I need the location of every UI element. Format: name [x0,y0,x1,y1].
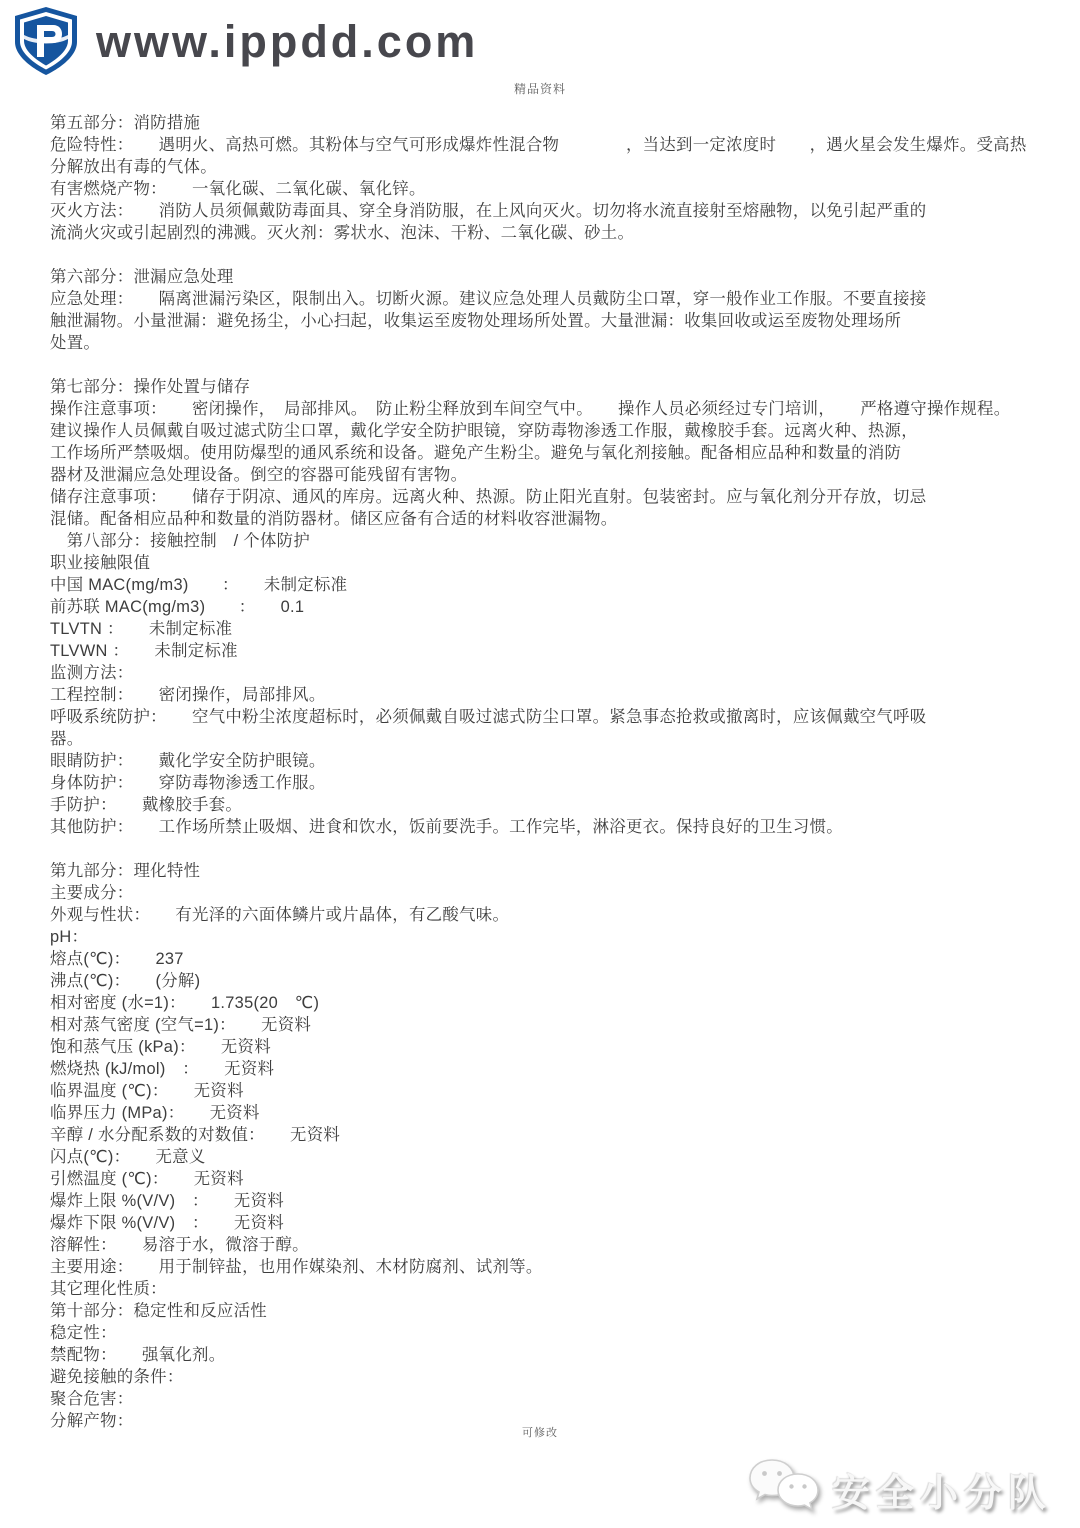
doc-line: 混储。配备相应品种和数量的消防器材。储区应备有合适的材料收容泄漏物。 [50,508,1050,530]
doc-line: 第六部分：泄漏应急处理 [50,266,1050,288]
doc-line: 第五部分：消防措施 [50,112,1050,134]
doc-line: 熔点(℃)： 237 [50,948,1050,970]
doc-line: 工程控制： 密闭操作，局部排风。 [50,684,1050,706]
doc-section: 第五部分：消防措施危险特性： 遇明火、高热可燃。其粉体与空气可形成爆炸性混合物 … [50,112,1050,244]
doc-section: 第十部分：稳定性和反应活性稳定性：禁配物： 强氧化剂。避免接触的条件：聚合危害：… [50,1300,1050,1432]
doc-line: 呼吸系统防护： 空气中粉尘浓度超标时，必须佩戴自吸过滤式防尘口罩。紧急事态抢救或… [50,706,1050,728]
doc-line: 第九部分：理化特性 [50,860,1050,882]
doc-line: 其他防护： 工作场所禁止吸烟、进食和饮水，饭前要洗手。工作完毕，淋浴更衣。保持良… [50,816,1050,838]
doc-line: 禁配物： 强氧化剂。 [50,1344,1050,1366]
doc-section: 第六部分：泄漏应急处理应急处理： 隔离泄漏污染区，限制出入。切断火源。建议应急处… [50,266,1050,354]
site-url-text: www.ippdd.com [96,16,478,68]
doc-line: 避免接触的条件： [50,1366,1050,1388]
doc-line: 其它理化性质： [50,1278,1050,1300]
account-watermark: 安全小分队 [748,1458,1052,1520]
doc-line: 聚合危害： [50,1388,1050,1410]
doc-line: 沸点(℃)： (分解) [50,970,1050,992]
doc-line: 溶解性： 易溶于水，微溶于醇。 [50,1234,1050,1256]
doc-line: 储存注意事项： 储存于阴凉、通风的库房。远离火种、热源。防止阳光直射。包装密封。… [50,486,1050,508]
msds-document-body: 第五部分：消防措施危险特性： 遇明火、高热可燃。其粉体与空气可形成爆炸性混合物 … [50,112,1050,1432]
doc-line: 有害燃烧产物： 一氧化碳、二氧化碳、氧化锌。 [50,178,1050,200]
doc-line: 危险特性： 遇明火、高热可燃。其粉体与空气可形成爆炸性混合物 ，当达到一定浓度时… [50,134,1050,156]
doc-line: 第十部分：稳定性和反应活性 [50,1300,1050,1322]
doc-line: 手防护： 戴橡胶手套。 [50,794,1050,816]
wechat-icon [748,1458,822,1520]
doc-line: TLVTN ： 未制定标准 [50,618,1050,640]
doc-section: 第七部分：操作处置与储存操作注意事项： 密闭操作， 局部排风。 防止粉尘释放到车… [50,376,1050,530]
doc-line: 中国 MAC(mg/m3) ： 未制定标准 [50,574,1050,596]
doc-section: 第九部分：理化特性主要成分：外观与性状： 有光泽的六面体鳞片或片晶体，有乙酸气味… [50,860,1050,1300]
doc-line: 燃烧热 (kJ/mol) ： 无资料 [50,1058,1050,1080]
doc-line: 相对蒸气密度 (空气=1)： 无资料 [50,1014,1050,1036]
doc-line: 爆炸下限 %(V/V) ： 无资料 [50,1212,1050,1234]
doc-line: 器材及泄漏应急处理设备。倒空的容器可能残留有害物。 [50,464,1050,486]
doc-line: 前苏联 MAC(mg/m3) ： 0.1 [50,596,1050,618]
page-tag-label: 精品资料 [0,80,1080,97]
watermark-label: 安全小分队 [832,1462,1052,1517]
doc-line: 稳定性： [50,1322,1050,1344]
doc-line: 触泄漏物。小量泄漏：避免扬尘，小心扫起，收集运至废物处理场所处置。大量泄漏：收集… [50,310,1050,332]
footer-editable-note: 可修改 [0,1424,1080,1440]
doc-line: 监测方法： [50,662,1050,684]
doc-line: 临界压力 (MPa)： 无资料 [50,1102,1050,1124]
doc-section: 第八部分：接触控制 / 个体防护职业接触限值中国 MAC(mg/m3) ： 未制… [50,530,1050,838]
doc-line: 工作场所严禁吸烟。使用防爆型的通风系统和设备。避免产生粉尘。避免与氧化剂接触。配… [50,442,1050,464]
doc-line: 分解放出有毒的气体。 [50,156,1050,178]
doc-line: 眼睛防护： 戴化学安全防护眼镜。 [50,750,1050,772]
doc-line: 流淌火灾或引起剧烈的沸溅。灭火剂：雾状水、泡沫、干粉、二氧化碳、砂土。 [50,222,1050,244]
doc-line: 职业接触限值 [50,552,1050,574]
doc-line: 爆炸上限 %(V/V) ： 无资料 [50,1190,1050,1212]
doc-line: 第七部分：操作处置与储存 [50,376,1050,398]
doc-line: 主要用途： 用于制锌盐，也用作媒染剂、木材防腐剂、试剂等。 [50,1256,1050,1278]
doc-line: pH： [50,926,1050,948]
doc-line: 主要成分： [50,882,1050,904]
doc-line: 闪点(℃)： 无意义 [50,1146,1050,1168]
doc-line: 应急处理： 隔离泄漏污染区，限制出入。切断火源。建议应急处理人员戴防尘口罩，穿一… [50,288,1050,310]
doc-line: 临界温度 (℃)： 无资料 [50,1080,1050,1102]
site-banner: www.ippdd.com [10,4,478,78]
doc-line: 处置。 [50,332,1050,354]
doc-line: 第八部分：接触控制 / 个体防护 [50,530,1050,552]
doc-line: 操作注意事项： 密闭操作， 局部排风。 防止粉尘释放到车间空气中。 操作人员必须… [50,398,1050,420]
doc-line: 辛醇 / 水分配系数的对数值： 无资料 [50,1124,1050,1146]
doc-line: 建议操作人员佩戴自吸过滤式防尘口罩，戴化学安全防护眼镜，穿防毒物渗透工作服，戴橡… [50,420,1050,442]
doc-line: 饱和蒸气压 (kPa)： 无资料 [50,1036,1050,1058]
doc-line: 引燃温度 (℃)： 无资料 [50,1168,1050,1190]
doc-line: 外观与性状： 有光泽的六面体鳞片或片晶体，有乙酸气味。 [50,904,1050,926]
doc-line: 器。 [50,728,1050,750]
doc-line: 相对密度 (水=1)： 1.735(20 ℃) [50,992,1050,1014]
doc-line: 灭火方法： 消防人员须佩戴防毒面具、穿全身消防服，在上风向灭火。切勿将水流直接射… [50,200,1050,222]
ippdd-shield-logo-icon [10,4,82,78]
doc-line: 身体防护： 穿防毒物渗透工作服。 [50,772,1050,794]
doc-line: TLVWN ： 未制定标准 [50,640,1050,662]
